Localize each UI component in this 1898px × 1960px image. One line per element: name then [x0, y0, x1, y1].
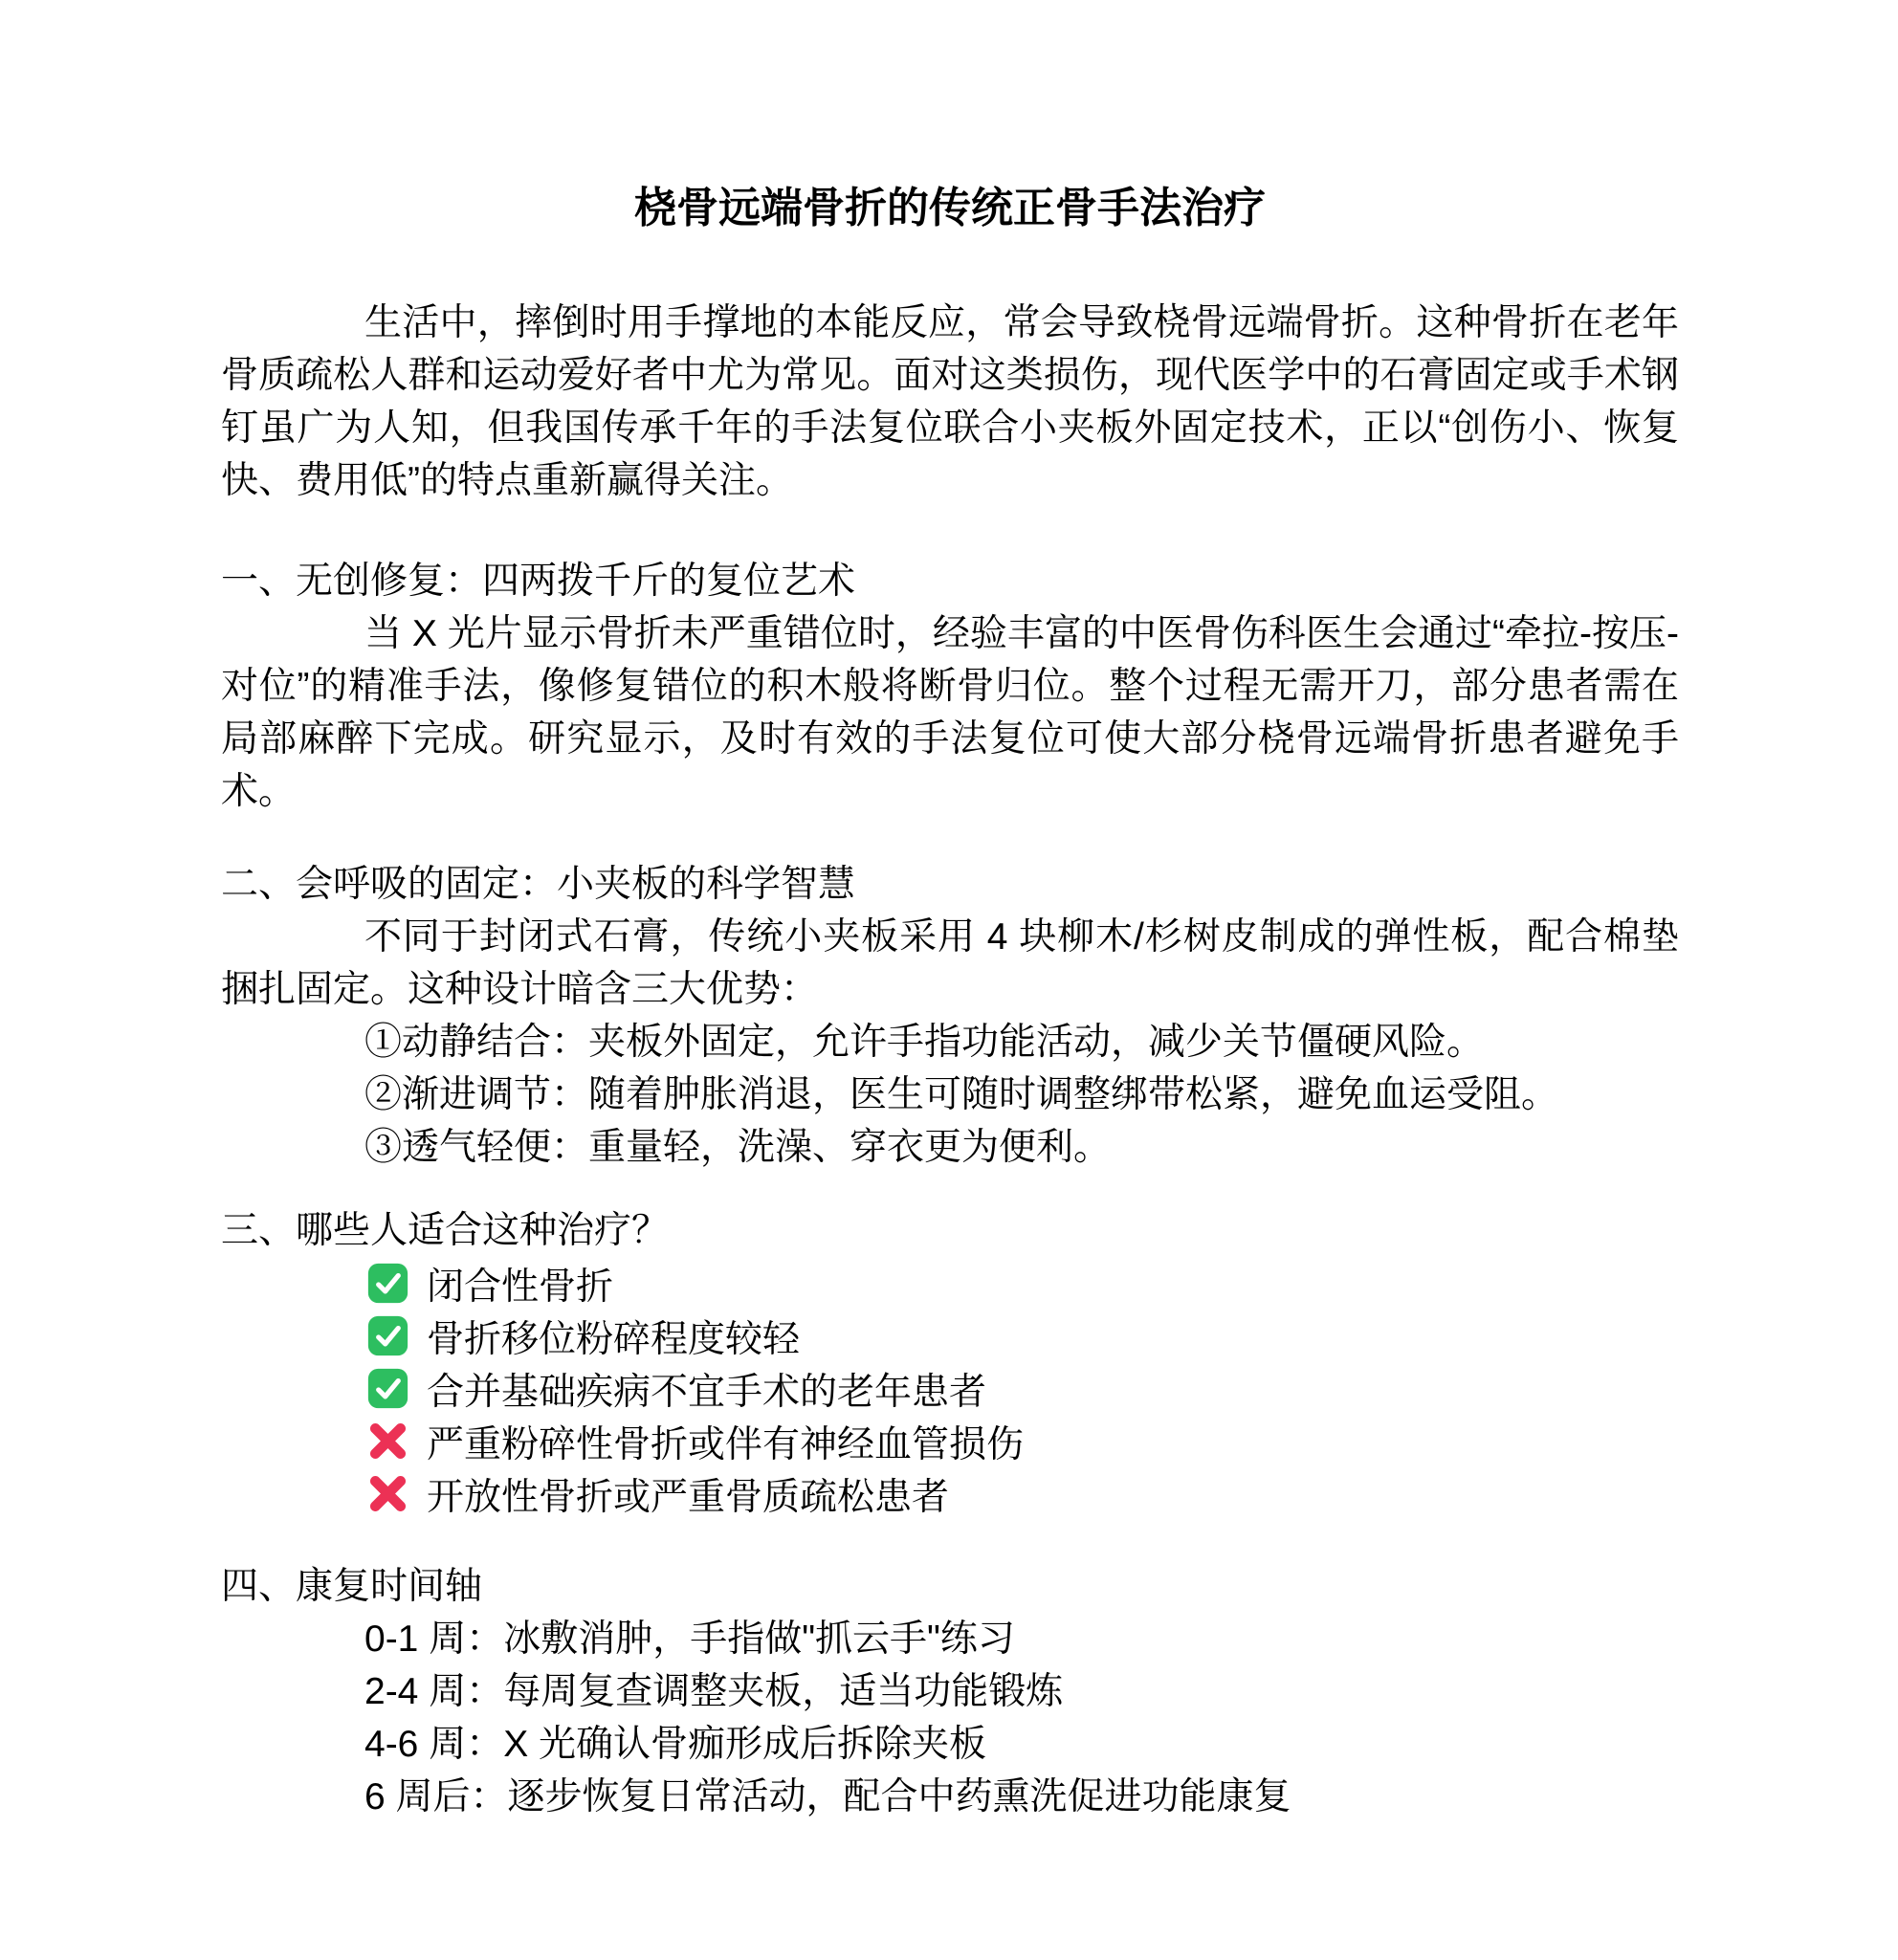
checklist-item-label: 合并基础疾病不宜手术的老年患者	[427, 1362, 986, 1416]
checklist-item-label: 严重粉碎性骨折或伴有神经血管损伤	[427, 1415, 1024, 1468]
section-splint-fixation: 二、会呼吸的固定：小夹板的科学智慧 不同于封闭式石膏，传统小夹板采用 4 块柳木…	[221, 858, 1679, 1174]
section-heading: 四、康复时间轴	[221, 1560, 1679, 1613]
timeline-item: 6 周后：逐步恢复日常活动，配合中药熏洗促进功能康复	[221, 1771, 1679, 1823]
cross-icon	[366, 1420, 409, 1463]
section-noninvasive-reduction: 一、无创修复：四两拨千斤的复位艺术 当 X 光片显示骨折未严重错位时，经验丰富的…	[221, 555, 1679, 818]
checklist-item: 合并基础疾病不宜手术的老年患者	[221, 1362, 1679, 1415]
section-heading: 二、会呼吸的固定：小夹板的科学智慧	[221, 858, 1679, 911]
intro-paragraph: 生活中，摔倒时用手撑地的本能反应，常会导致桡骨远端骨折。这种骨折在老年骨质疏松人…	[221, 297, 1679, 507]
checklist-item: 骨折移位粉碎程度较轻	[221, 1310, 1679, 1362]
section-paragraph: 不同于封闭式石膏，传统小夹板采用 4 块柳木/杉树皮制成的弹性板，配合棉垫捆扎固…	[221, 911, 1679, 1016]
section-heading: 三、哪些人适合这种治疗？	[221, 1204, 1679, 1257]
timeline-item: 2-4 周：每周复查调整夹板，适当功能锻炼	[221, 1665, 1679, 1718]
timeline-item: 4-6 周：X 光确认骨痂形成后拆除夹板	[221, 1718, 1679, 1771]
section-recovery-timeline: 四、康复时间轴 0-1 周：冰敷消肿，手指做"抓云手"练习 2-4 周：每周复查…	[221, 1560, 1679, 1823]
section-suitability: 三、哪些人适合这种治疗？ 闭合性骨折 骨折移位粉碎程	[221, 1204, 1679, 1520]
checklist-item-label: 骨折移位粉碎程度较轻	[427, 1310, 800, 1363]
cross-icon	[366, 1472, 409, 1515]
checklist-item-label: 开放性骨折或严重骨质疏松患者	[427, 1467, 949, 1521]
check-icon	[366, 1262, 409, 1305]
checklist-item: 闭合性骨折	[221, 1257, 1679, 1310]
criteria-list: 闭合性骨折 骨折移位粉碎程度较轻 合并基础疾病不	[221, 1257, 1679, 1520]
section-paragraph: 当 X 光片显示骨折未严重错位时，经验丰富的中医骨伤科医生会通过“牵拉-按压-对…	[221, 607, 1679, 818]
advantage-item-1: ①动静结合：夹板外固定，允许手指功能活动，减少关节僵硬风险。	[221, 1016, 1679, 1068]
section-heading: 一、无创修复：四两拨千斤的复位艺术	[221, 555, 1679, 607]
advantage-item-3: ③透气轻便：重量轻，洗澡、穿衣更为便利。	[221, 1121, 1679, 1174]
check-icon	[366, 1314, 409, 1357]
timeline-item: 0-1 周：冰敷消肿，手指做"抓云手"练习	[221, 1613, 1679, 1665]
page-title: 桡骨远端骨折的传统正骨手法治疗	[221, 184, 1679, 233]
document-page: 桡骨远端骨折的传统正骨手法治疗 生活中，摔倒时用手撑地的本能反应，常会导致桡骨远…	[0, 0, 1898, 1960]
check-icon	[366, 1367, 409, 1410]
checklist-item-label: 闭合性骨折	[427, 1257, 613, 1310]
checklist-item: 严重粉碎性骨折或伴有神经血管损伤	[221, 1415, 1679, 1467]
checklist-item: 开放性骨折或严重骨质疏松患者	[221, 1467, 1679, 1520]
advantage-item-2: ②渐进调节：随着肿胀消退，医生可随时调整绑带松紧，避免血运受阻。	[221, 1068, 1679, 1121]
